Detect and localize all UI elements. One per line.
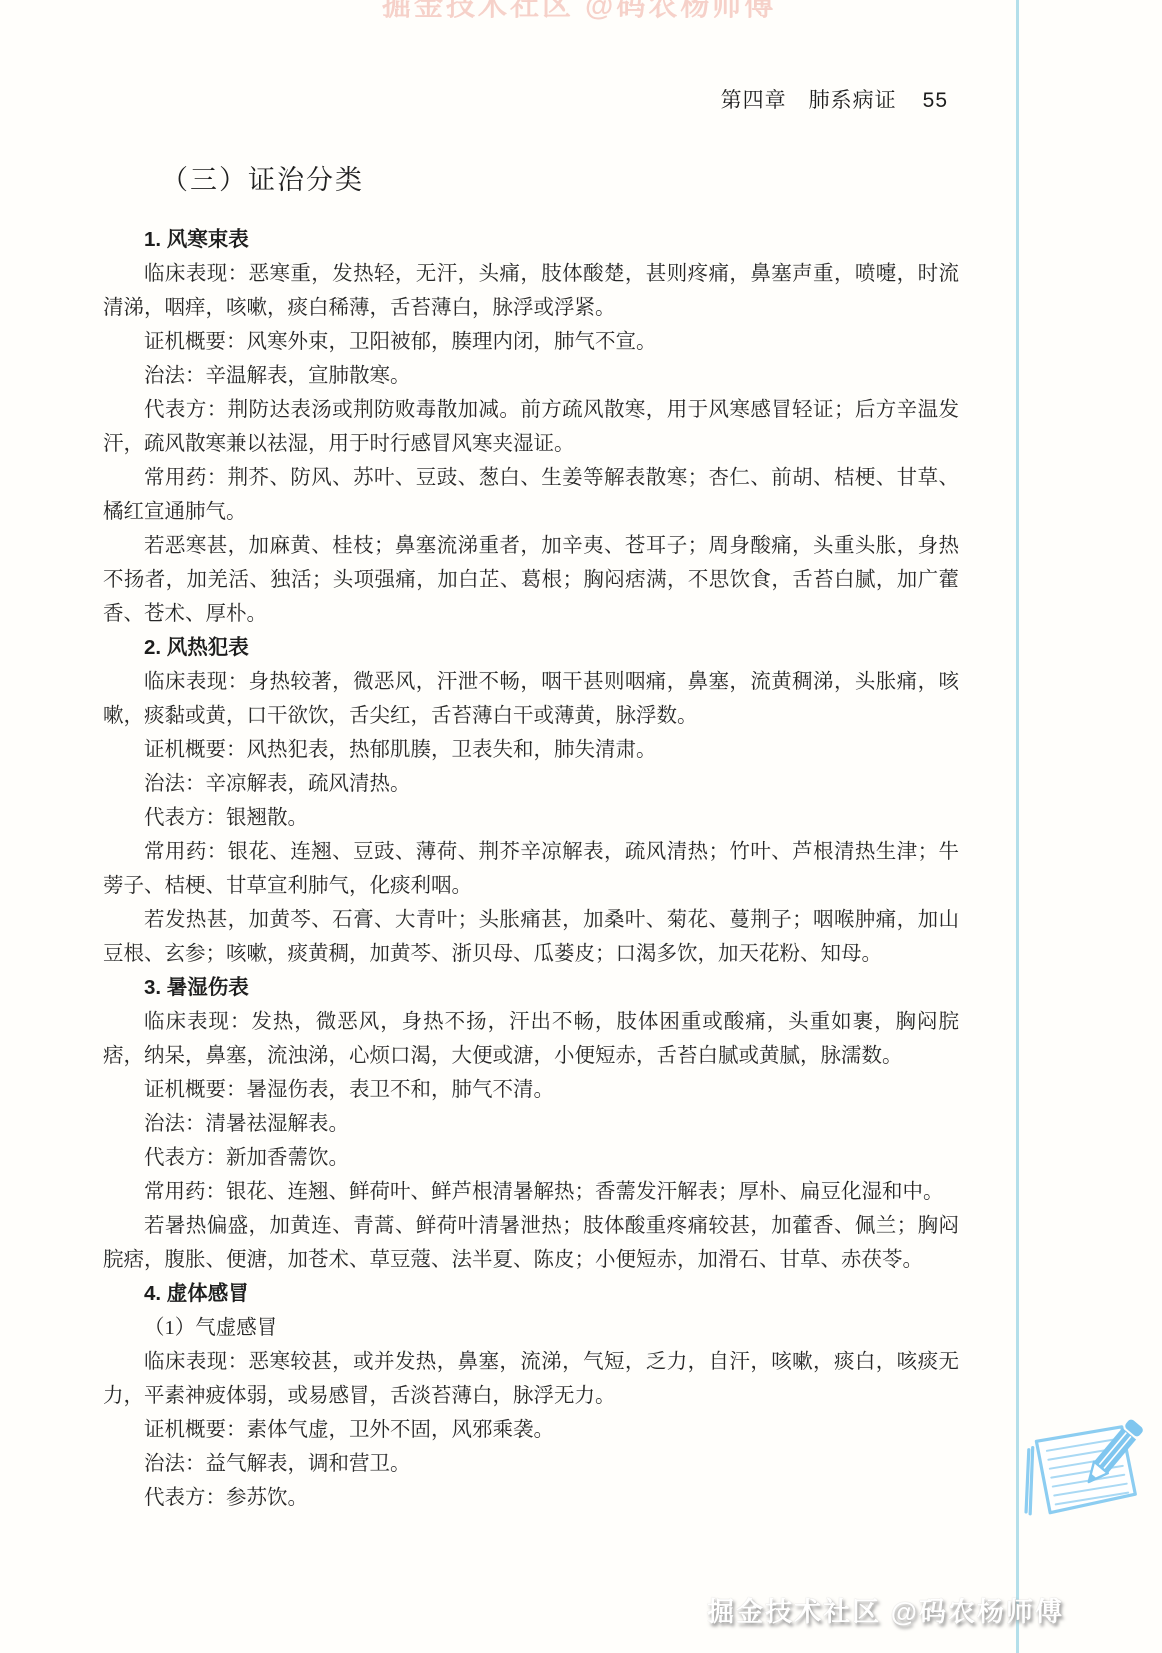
page-edge-divider: [1016, 0, 1019, 1653]
paragraph: 若暑热偏盛，加黄连、青蒿、鲜荷叶清暑泄热；肢体酸重疼痛较甚，加藿香、佩兰；胸闷脘…: [103, 1209, 959, 1277]
section-title: 1. 风寒束表: [103, 223, 959, 257]
paragraph: 若发热甚，加黄芩、石膏、大青叶；头胀痛甚，加桑叶、菊花、蔓荆子；咽喉肿痛，加山豆…: [103, 903, 959, 971]
section-title: 3. 暑湿伤表: [103, 971, 959, 1005]
content-sections: 1. 风寒束表临床表现：恶寒重，发热轻，无汗，头痛，肢体酸楚，甚则疼痛，鼻塞声重…: [103, 223, 959, 1515]
paragraph: （1）气虚感冒: [103, 1311, 959, 1345]
paragraph: 证机概要：暑湿伤表，表卫不和，肺气不清。: [103, 1073, 959, 1107]
section-heading: （三）证治分类: [161, 158, 959, 197]
paragraph: 常用药：荆芥、防风、苏叶、豆豉、葱白、生姜等解表散寒；杏仁、前胡、桔梗、甘草、橘…: [103, 461, 959, 529]
paragraph: 常用药：银花、连翘、豆豉、薄荷、荆芥辛凉解表，疏风清热；竹叶、芦根清热生津；牛蒡…: [103, 835, 959, 903]
main-text-column: （三）证治分类 1. 风寒束表临床表现：恶寒重，发热轻，无汗，头痛，肢体酸楚，甚…: [103, 158, 959, 1515]
paragraph: 若恶寒甚，加麻黄、桂枝；鼻塞流涕重者，加辛夷、苍耳子；周身酸痛，头重头胀，身热不…: [103, 529, 959, 631]
paragraph: 临床表现：身热较著，微恶风，汗泄不畅，咽干甚则咽痛，鼻塞，流黄稠涕，头胀痛，咳嗽…: [103, 665, 959, 733]
paragraph: 治法：辛凉解表，疏风清热。: [103, 767, 959, 801]
section: 3. 暑湿伤表临床表现：发热，微恶风，身热不扬，汗出不畅，肢体困重或酸痛，头重如…: [103, 971, 959, 1277]
section-title: 4. 虚体感冒: [103, 1277, 959, 1311]
paragraph: 代表方：新加香薷饮。: [103, 1141, 959, 1175]
section: 1. 风寒束表临床表现：恶寒重，发热轻，无汗，头痛，肢体酸楚，甚则疼痛，鼻塞声重…: [103, 223, 959, 631]
book-page: 掘金技术社区 @码农杨师傅 第四章 肺系病证55 （三）证治分类 1. 风寒束表…: [0, 0, 1162, 1653]
paragraph: 临床表现：恶寒重，发热轻，无汗，头痛，肢体酸楚，甚则疼痛，鼻塞声重，喷嚏，时流清…: [103, 257, 959, 325]
page-number: 55: [923, 89, 948, 112]
paragraph: 常用药：银花、连翘、鲜荷叶、鲜芦根清暑解热；香薷发汗解表；厚朴、扁豆化湿和中。: [103, 1175, 959, 1209]
paragraph: 代表方：银翘散。: [103, 801, 959, 835]
paragraph: 证机概要：素体气虚，卫外不固，风邪乘袭。: [103, 1413, 959, 1447]
section: 2. 风热犯表临床表现：身热较著，微恶风，汗泄不畅，咽干甚则咽痛，鼻塞，流黄稠涕…: [103, 631, 959, 971]
paragraph: 治法：辛温解表，宣肺散寒。: [103, 359, 959, 393]
chapter-title: 第四章 肺系病证: [721, 88, 897, 112]
top-watermark: 掘金技术社区 @码农杨师傅: [382, 0, 776, 24]
paragraph: 证机概要：风寒外束，卫阳被郁，腠理内闭，肺气不宣。: [103, 325, 959, 359]
paragraph: 治法：清暑祛湿解表。: [103, 1107, 959, 1141]
paragraph: 代表方：参苏饮。: [103, 1481, 959, 1515]
paragraph: 证机概要：风热犯表，热郁肌腠，卫表失和，肺失清肃。: [103, 733, 959, 767]
section: 4. 虚体感冒（1）气虚感冒临床表现：恶寒较甚，或并发热，鼻塞，流涕，气短，乏力…: [103, 1277, 959, 1515]
section-title: 2. 风热犯表: [103, 631, 959, 665]
running-header: 第四章 肺系病证55: [721, 84, 948, 114]
paragraph: 治法：益气解表，调和营卫。: [103, 1447, 959, 1481]
paragraph: 临床表现：发热，微恶风，身热不扬，汗出不畅，肢体困重或酸痛，头重如裹，胸闷脘痞，…: [103, 1005, 959, 1073]
notebook-pencil-icon: [1008, 1417, 1156, 1525]
paragraph: 临床表现：恶寒较甚，或并发热，鼻塞，流涕，气短，乏力，自汗，咳嗽，痰白，咳痰无力…: [103, 1345, 959, 1413]
bottom-watermark: 掘金技术社区 @码农杨师傅: [707, 1590, 1064, 1629]
paragraph: 代表方：荆防达表汤或荆防败毒散加减。前方疏风散寒，用于风寒感冒轻证；后方辛温发汗…: [103, 393, 959, 461]
